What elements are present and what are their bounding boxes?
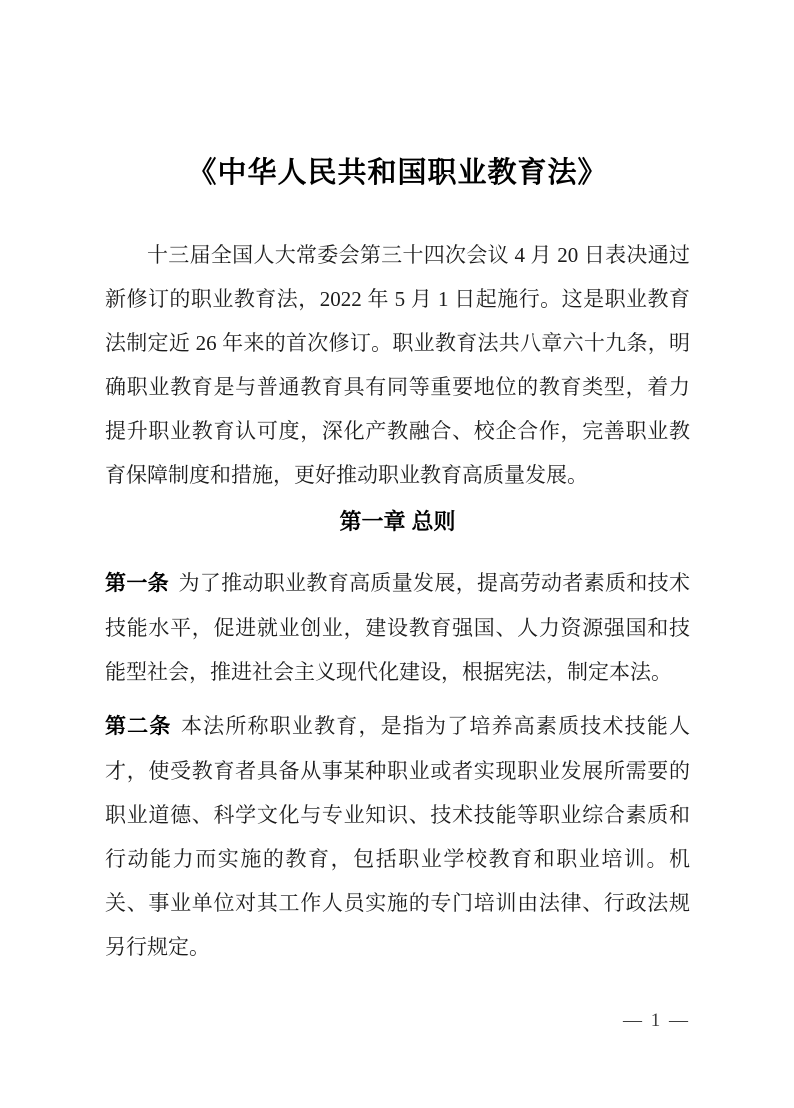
intro-paragraph: 十三届全国人大常委会第三十四次会议 4 月 20 日表决通过新修订的职业教育法，… bbox=[105, 233, 690, 497]
document-title: 《中华人民共和国职业教育法》 bbox=[105, 153, 690, 193]
chapter-heading: 第一章 总则 bbox=[105, 507, 690, 537]
article-label: 第二条 bbox=[105, 715, 172, 738]
article-label: 第一条 bbox=[105, 572, 169, 595]
article-text: 为了推动职业教育高质量发展，提高劳动者素质和技术技能水平，促进就业创业，建设教育… bbox=[105, 571, 690, 684]
document-page: 《中华人民共和国职业教育法》 十三届全国人大常委会第三十四次会议 4 月 20 … bbox=[0, 0, 794, 1108]
article-text: 本法所称职业教育，是指为了培养高素质技术技能人才，使受教育者具备从事某种职业或者… bbox=[105, 714, 690, 959]
page-number: — 1 — bbox=[105, 1009, 690, 1033]
article-paragraph: 第二条本法所称职业教育，是指为了培养高素质技术技能人才，使受教育者具备从事某种职… bbox=[105, 704, 690, 969]
article-paragraph: 第一条为了推动职业教育高质量发展，提高劳动者素质和技术技能水平，促进就业创业，建… bbox=[105, 561, 690, 694]
